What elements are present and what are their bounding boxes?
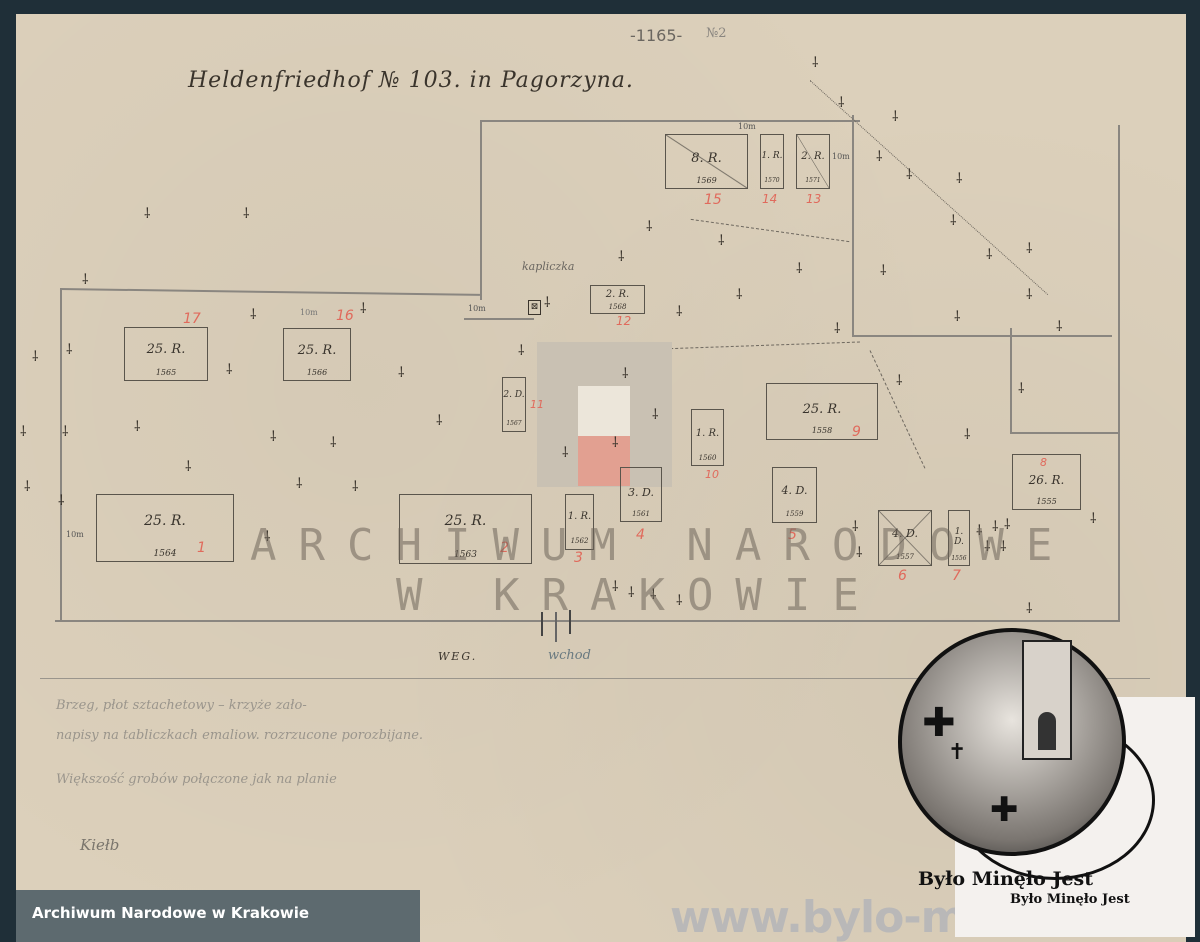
- plot-code: 1567: [503, 420, 525, 427]
- grave-plot-15[interactable]: 8. R. 1569: [665, 134, 748, 189]
- grave-plot-12[interactable]: 2. R. 1568: [590, 285, 645, 314]
- plot-label: 2. R.: [591, 289, 644, 300]
- tree-icon: ⸸: [562, 446, 569, 460]
- boundary-upper-right: [852, 115, 854, 335]
- grave-plot-10[interactable]: 1. R. 1560: [691, 409, 724, 466]
- tree-icon: ⸸: [270, 430, 277, 444]
- watermark-line-1: ARCHIWUM NARODOWE: [250, 520, 1074, 571]
- tree-icon: ⸸: [330, 436, 337, 450]
- tree-icon: ⸸: [618, 250, 625, 264]
- plot-number-9: 9: [852, 424, 861, 440]
- plot-number-15: 15: [704, 192, 722, 208]
- tree-icon: ⸸: [1056, 320, 1063, 334]
- tree-icon: ⸸: [876, 150, 883, 164]
- grave-plot-4[interactable]: 3. D. 1561: [620, 467, 662, 522]
- tree-icon: ⸸: [612, 436, 619, 450]
- tree-icon: ⸸: [812, 56, 819, 70]
- tree-icon: ⸸: [32, 350, 39, 364]
- entrance-line: [464, 318, 534, 320]
- plot-code: 1565: [125, 368, 207, 377]
- grave-plot-13[interactable]: 2. R. 1571: [796, 134, 830, 189]
- color-calibration-white: [578, 386, 630, 436]
- tree-icon: ⸸: [622, 367, 629, 381]
- plot-number-1: 1: [197, 540, 206, 556]
- website-watermark[interactable]: www.bylo-mi: [670, 892, 980, 942]
- tree-icon: ⸸: [185, 460, 192, 474]
- plot-code: 1568: [591, 303, 644, 311]
- dimension-label: 10m: [832, 152, 850, 161]
- plot-label: 2. R.: [797, 151, 829, 162]
- tree-icon: ⸸: [250, 308, 257, 322]
- tree-icon: ⸸: [892, 110, 899, 124]
- plot-code: 1555: [1013, 497, 1080, 506]
- logo-text-secondary: Było Minęło Jest: [1010, 892, 1130, 907]
- boundary-mid: [852, 335, 1112, 337]
- tree-icon: ⸸: [436, 414, 443, 428]
- plot-code: 1560: [692, 454, 723, 462]
- tree-icon: ⸸: [66, 343, 73, 357]
- archive-caption-bar: Archiwum Narodowe w Krakowie: [16, 890, 420, 942]
- grave-cross-icon: ✚: [990, 790, 1019, 830]
- plot-label: 8. R.: [666, 151, 747, 166]
- plot-code: 1569: [666, 176, 747, 185]
- plot-number-8: 8: [1040, 456, 1047, 469]
- map-title: Heldenfriedhof № 103. in Pagorzyna.: [188, 68, 634, 93]
- note-line-2: napisy na tabliczkach emaliow. rozrzucon…: [56, 728, 423, 743]
- tree-icon: ⸸: [964, 428, 971, 442]
- tree-icon: ⸸: [838, 96, 845, 110]
- plot-label: 2. D.: [503, 390, 525, 400]
- tree-icon: ⸸: [676, 305, 683, 319]
- plot-label: 25. R.: [284, 343, 350, 358]
- dimension-label: 10m: [300, 308, 318, 317]
- tree-icon: ⸸: [956, 172, 963, 186]
- entrance-mark: [541, 612, 543, 636]
- logo-text-primary: Było Minęło Jest: [918, 868, 1093, 890]
- signature: Kiełb: [80, 836, 119, 854]
- tree-icon: ⸸: [24, 480, 31, 494]
- tree-icon: ⸸: [1026, 242, 1033, 256]
- dimension-label: 10m: [468, 304, 486, 313]
- boundary-inner: [1010, 328, 1012, 433]
- grave-plot-5[interactable]: 4. D. 1559: [772, 467, 817, 523]
- ruined-tower-icon: [1022, 640, 1072, 760]
- note-line-3: Większość grobów połączone jak na planie: [56, 772, 337, 787]
- entrance-label: wchod: [548, 648, 591, 663]
- grave-plot-1[interactable]: 25. R. 1564: [96, 494, 234, 562]
- tree-icon: ⸸: [954, 310, 961, 324]
- plot-label: 25. R.: [97, 513, 233, 529]
- plot-code: 1571: [797, 177, 829, 184]
- plot-label: 4. D.: [773, 484, 816, 497]
- plot-label: 1. R.: [761, 151, 783, 161]
- tree-icon: ⸸: [1026, 288, 1033, 302]
- tree-icon: ⸸: [82, 273, 89, 287]
- plot-label: 25. R.: [767, 402, 877, 417]
- chapel-icon: ⊠: [528, 300, 541, 315]
- boundary-upper-left: [480, 120, 482, 300]
- grave-cross-icon: ✝: [948, 740, 966, 765]
- tree-icon: ⸸: [243, 207, 250, 221]
- tree-icon: ⸸: [906, 168, 913, 182]
- tree-icon: ⸸: [736, 288, 743, 302]
- boundary-upper-top: [480, 120, 860, 122]
- plot-code: 1570: [761, 177, 783, 184]
- tree-icon: ⸸: [880, 264, 887, 278]
- plot-label: 26. R.: [1013, 473, 1080, 487]
- tree-icon: ⸸: [834, 322, 841, 336]
- boundary-inner-bottom: [1010, 432, 1120, 434]
- reference-number: -1165-: [630, 26, 682, 45]
- plot-number-12: 12: [616, 314, 631, 328]
- plot-number-10: 10: [705, 468, 719, 481]
- tree-icon: ⸸: [1090, 512, 1097, 526]
- reference-mark: №2: [706, 26, 727, 41]
- dimension-label: 10m: [66, 530, 84, 539]
- entrance-mark: [555, 612, 557, 642]
- tree-icon: ⸸: [896, 374, 903, 388]
- watermark-line-2: W KRAKOWIE: [396, 570, 881, 621]
- tree-icon: ⸸: [1026, 602, 1033, 616]
- tree-icon: ⸸: [1018, 382, 1025, 396]
- tree-icon: ⸸: [986, 248, 993, 262]
- tree-icon: ⸸: [20, 425, 27, 439]
- tree-icon: ⸸: [58, 494, 65, 508]
- plot-label: 1. R.: [692, 428, 723, 439]
- plot-number-16: 16: [336, 308, 354, 324]
- tree-icon: ⸸: [518, 344, 525, 358]
- tree-icon: ⸸: [796, 262, 803, 276]
- plot-code: 1564: [97, 549, 233, 559]
- archive-caption-text: Archiwum Narodowe w Krakowie: [32, 904, 309, 922]
- plot-code: 1559: [773, 510, 816, 518]
- boundary-left: [60, 288, 62, 620]
- grave-plot-14[interactable]: 1. R. 1570: [760, 134, 784, 189]
- note-line-1: Brzeg, płot sztachetowy – krzyże zało-: [56, 698, 307, 713]
- grave-plot-17[interactable]: 25. R. 1565: [124, 327, 208, 381]
- grave-plot-9[interactable]: 25. R. 1558: [766, 383, 878, 440]
- boundary-right: [1118, 125, 1120, 621]
- entrance-mark: [569, 610, 571, 634]
- plot-number-13: 13: [806, 192, 821, 206]
- grave-plot-16[interactable]: 25. R. 1566: [283, 328, 351, 381]
- plot-label: 3. D.: [621, 486, 661, 499]
- tree-icon: ⸸: [398, 366, 405, 380]
- tree-icon: ⸸: [652, 408, 659, 422]
- tree-icon: ⸸: [646, 220, 653, 234]
- plot-label: 25. R.: [125, 342, 207, 357]
- plot-code: 1566: [284, 368, 350, 377]
- chapel-label: kapliczka: [522, 260, 574, 273]
- tree-icon: ⸸: [144, 207, 151, 221]
- plot-number-17: 17: [183, 311, 201, 327]
- tree-icon: ⸸: [226, 363, 233, 377]
- tree-icon: ⸸: [62, 425, 69, 439]
- grave-plot-11[interactable]: 2. D. 1567: [502, 377, 526, 432]
- plot-code: 1561: [621, 510, 661, 518]
- tree-icon: ⸸: [296, 477, 303, 491]
- tree-icon: ⸸: [544, 296, 551, 310]
- tree-icon: ⸸: [352, 480, 359, 494]
- plot-number-14: 14: [762, 192, 777, 206]
- dimension-label: 10m: [738, 122, 756, 131]
- tree-icon: ⸸: [134, 420, 141, 434]
- tree-icon: ⸸: [950, 214, 957, 228]
- road-label: WEG.: [438, 650, 477, 663]
- tree-icon: ⸸: [718, 234, 725, 248]
- tree-icon: ⸸: [360, 302, 367, 316]
- plot-number-11: 11: [530, 398, 544, 411]
